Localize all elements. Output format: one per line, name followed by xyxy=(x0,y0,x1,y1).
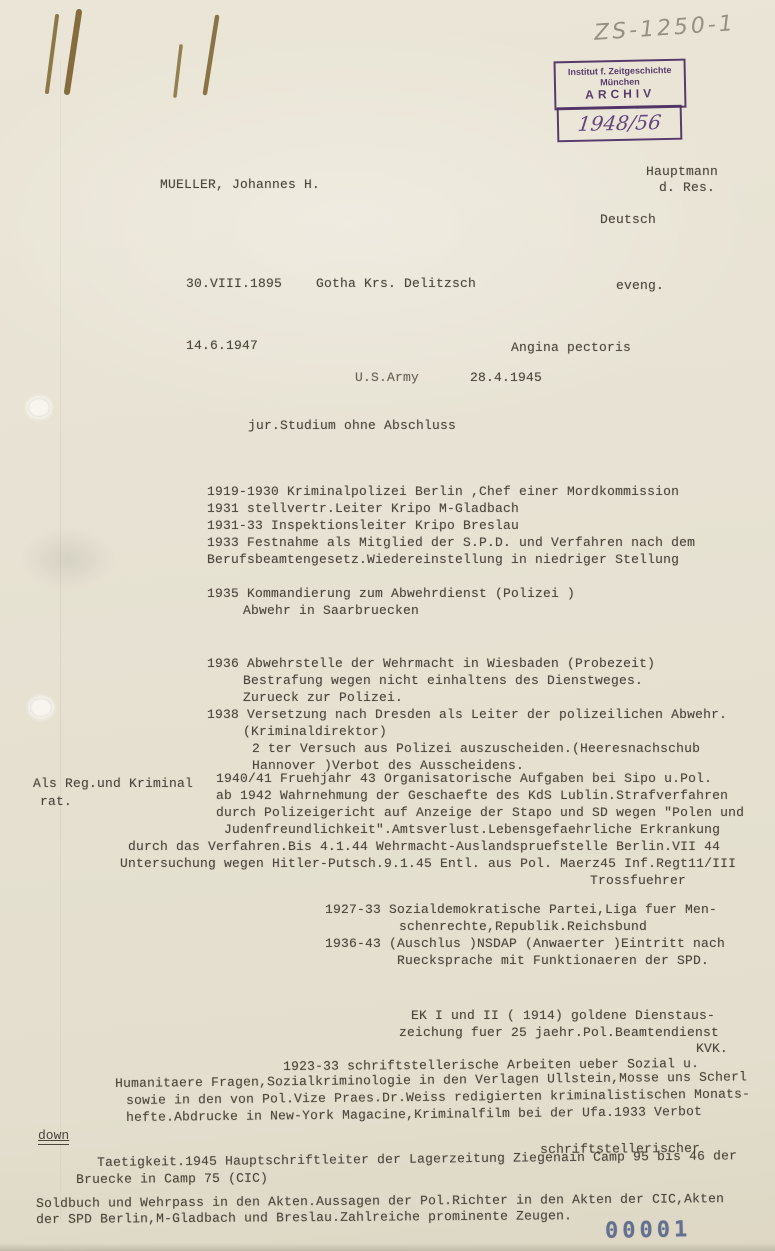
career-line: (Kriminaldirektor) xyxy=(243,725,387,740)
person-name: MUELLER, Johannes H. xyxy=(160,178,320,193)
archive-stamp-number-box: 1948/56 xyxy=(557,105,683,143)
career-line: Zurueck zur Polizei. xyxy=(243,691,403,706)
rank-line-2: d. Res. xyxy=(659,181,715,196)
page-edge-shadow xyxy=(0,1243,775,1251)
award-line: KVK. xyxy=(696,1042,728,1057)
birth-place: Gotha Krs. Delitzsch xyxy=(316,277,476,292)
party-line: 1927-33 Sozialdemokratische Partei,Liga … xyxy=(325,903,717,918)
career-line: 1936 Abwehrstelle der Wehrmacht in Wiesb… xyxy=(207,657,655,672)
career-line: ab 1942 Wahrnehmung der Geschaefte des K… xyxy=(216,789,728,804)
nationality: Deutsch xyxy=(600,213,656,228)
rank-line-1: Hauptmann xyxy=(646,165,718,180)
career-line: durch das Verfahren.Bis 4.1.44 Wehrmacht… xyxy=(128,840,720,855)
religion: eveng. xyxy=(616,279,664,294)
party-line: 1936-43 (Auschlus )NSDAP (Anwaerter )Ein… xyxy=(325,937,725,952)
career-line: 1935 Kommandierung zum Abwehrdienst (Pol… xyxy=(207,587,575,602)
punch-hole xyxy=(28,398,50,417)
record-date: 14.6.1947 xyxy=(186,339,258,354)
capture-date: 28.4.1945 xyxy=(470,371,542,386)
writings-line: Bruecke in Camp 75 (CIC) xyxy=(76,1172,268,1188)
birth-date: 30.VIII.1895 xyxy=(186,277,282,292)
career-line: durch Polizeigericht auf Anzeige der Sta… xyxy=(216,806,744,821)
page-number-stamp: 00001 xyxy=(605,1217,692,1244)
career-line: 1933 Festnahme als Mitglied der S.P.D. u… xyxy=(207,536,695,551)
career-line: 1919-1930 Kriminalpolizei Berlin ,Chef e… xyxy=(207,485,679,500)
career-line: Judenfreundlichkeit".Amtsverlust.Lebensg… xyxy=(224,823,720,838)
career-line: 1940/41 Fruehjahr 43 Organisatorische Au… xyxy=(216,772,712,787)
career-line: 1938 Versetzung nach Dresden als Leiter … xyxy=(207,708,727,723)
down-annotation: down xyxy=(38,1128,69,1145)
award-line: zeichung fuer 25 jaehr.Pol.Beamtendienst xyxy=(399,1026,719,1041)
career-line: Trossfuehrer xyxy=(590,874,686,889)
career-line: 2 ter Versuch aus Polizei auszuscheiden.… xyxy=(252,742,700,757)
rust-slash-marks xyxy=(0,0,260,110)
party-line: schenrechte,Republik.Reichsbund xyxy=(399,920,647,935)
margin-note-line: rat. xyxy=(40,795,72,810)
writings-line: hefte.Abdrucke in New-York Magacine,Krim… xyxy=(126,1105,702,1126)
party-line: Ruecksprache mit Funktionaeren der SPD. xyxy=(397,954,709,969)
writings-line: Taetigkeit.1945 Hauptschriftleiter der L… xyxy=(97,1149,737,1171)
career-line: Bestrafung wegen nicht einhaltens des Di… xyxy=(243,674,643,689)
paper-crease xyxy=(60,60,61,1220)
punch-hole xyxy=(30,698,52,717)
career-line: 1931 stellvertr.Leiter Kripo M-Gladbach xyxy=(207,502,519,517)
education-line: jur.Studium ohne Abschluss xyxy=(248,419,456,434)
career-line: 1931-33 Inspektionsleiter Kripo Breslau xyxy=(207,519,519,534)
archive-stamp: Institut f. Zeitgeschichte München ARCHI… xyxy=(554,59,687,111)
handwritten-stamp-number: 1948/56 xyxy=(576,107,663,139)
margin-note-line: Als Reg.und Kriminal xyxy=(33,777,193,792)
career-line: Berufsbeamtengesetz.Wiedereinstellung in… xyxy=(207,553,679,568)
evidence-line: der SPD Berlin,M-Gladbach und Breslau.Za… xyxy=(36,1209,572,1228)
smudge-stain xyxy=(22,528,114,590)
captor-army: U.S.Army xyxy=(355,371,419,386)
handwritten-archive-ref: ZS-1250-1 xyxy=(593,11,736,46)
career-line: Abwehr in Saarbruecken xyxy=(243,604,419,619)
career-line: Untersuchung wegen Hitler-Putsch.9.1.45 … xyxy=(120,857,736,872)
scanned-document-page: ZS-1250-1 Institut f. Zeitgeschichte Mün… xyxy=(0,0,775,1251)
stamp-archiv-line: ARCHIV xyxy=(556,86,684,103)
award-line: EK I und II ( 1914) goldene Dienstaus- xyxy=(411,1009,715,1024)
illness-note: Angina pectoris xyxy=(511,341,631,356)
